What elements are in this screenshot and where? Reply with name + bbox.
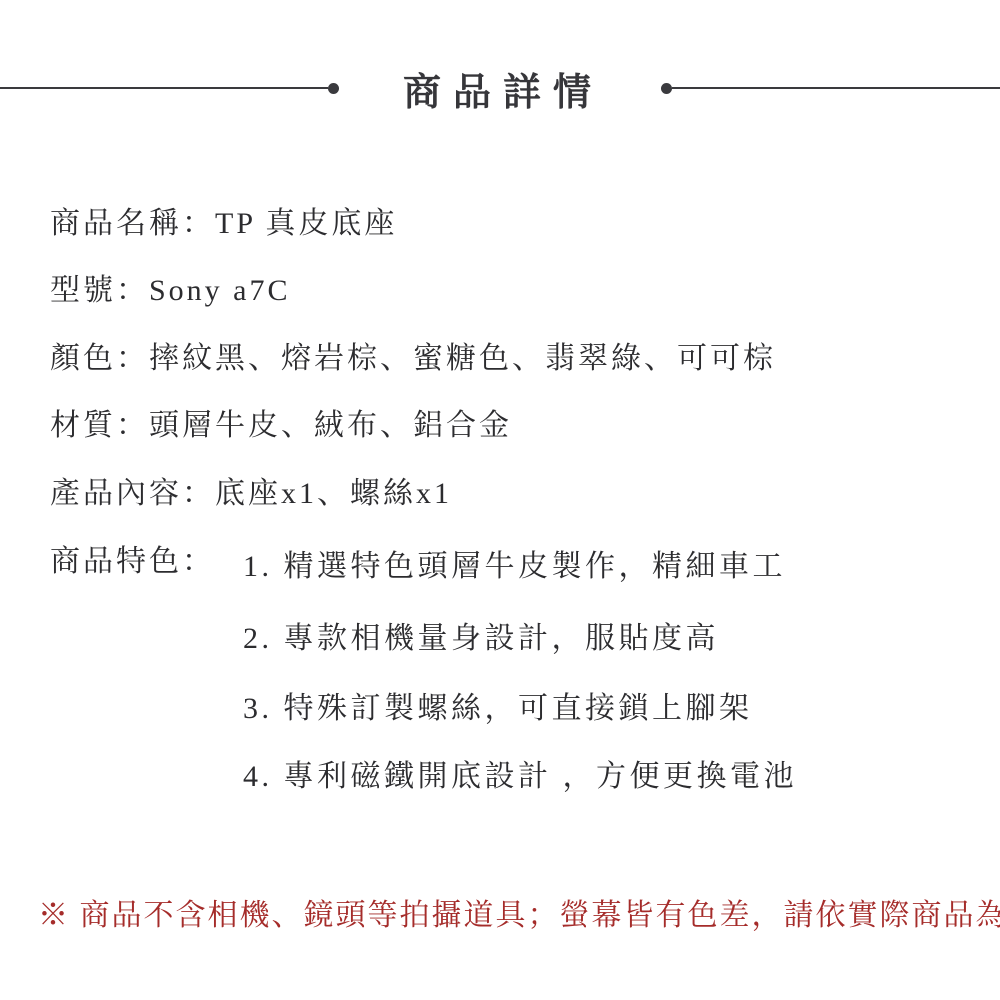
detail-value: 摔紋黑、熔岩棕、蜜糖色、翡翠綠、可可棕 (149, 342, 776, 375)
feature-item: 4. 專利磁鐵開底設計 ，方便更換電池 (243, 759, 797, 795)
divider-dot-right (661, 83, 672, 94)
detail-value: Sony a7C (149, 274, 291, 307)
detail-value: TP 真皮底座 (215, 207, 397, 240)
detail-row-material: 材質：頭層牛皮、絨布、鋁合金 (50, 408, 512, 444)
feature-item: 1. 精選特色頭層牛皮製作，精細車工 (243, 549, 786, 585)
page-title: 商品詳情 (403, 61, 603, 116)
detail-row-features-label: 商品特色： (50, 544, 215, 580)
detail-label: 商品特色： (50, 545, 215, 578)
detail-row-model: 型號：Sony a7C (50, 273, 291, 309)
detail-label: 型號： (50, 274, 149, 307)
footer-disclaimer: ※ 商品不含相機、鏡頭等拍攝道具；螢幕皆有色差，請依實際商品為主 (38, 898, 1000, 934)
detail-label: 商品名稱： (50, 207, 215, 240)
detail-row-product-name: 商品名稱：TP 真皮底座 (50, 206, 397, 242)
detail-label: 產品內容： (50, 477, 215, 510)
detail-row-contents: 產品內容：底座x1、螺絲x1 (50, 476, 452, 512)
section-header: 商品詳情 (0, 68, 1000, 108)
detail-label: 材質： (50, 409, 149, 442)
feature-item: 2. 專款相機量身設計，服貼度高 (243, 621, 719, 657)
divider-dot-left (328, 83, 339, 94)
detail-value: 底座x1、螺絲x1 (215, 477, 452, 510)
divider-line-right (672, 87, 1000, 89)
detail-label: 顏色： (50, 342, 149, 375)
product-detail-page: 商品詳情 商品名稱：TP 真皮底座 型號：Sony a7C 顏色：摔紋黑、熔岩棕… (0, 0, 1000, 1000)
divider-line-left (0, 87, 328, 89)
detail-row-color: 顏色：摔紋黑、熔岩棕、蜜糖色、翡翠綠、可可棕 (50, 341, 776, 377)
feature-item: 3. 特殊訂製螺絲，可直接鎖上腳架 (243, 691, 753, 727)
detail-value: 頭層牛皮、絨布、鋁合金 (149, 409, 512, 442)
